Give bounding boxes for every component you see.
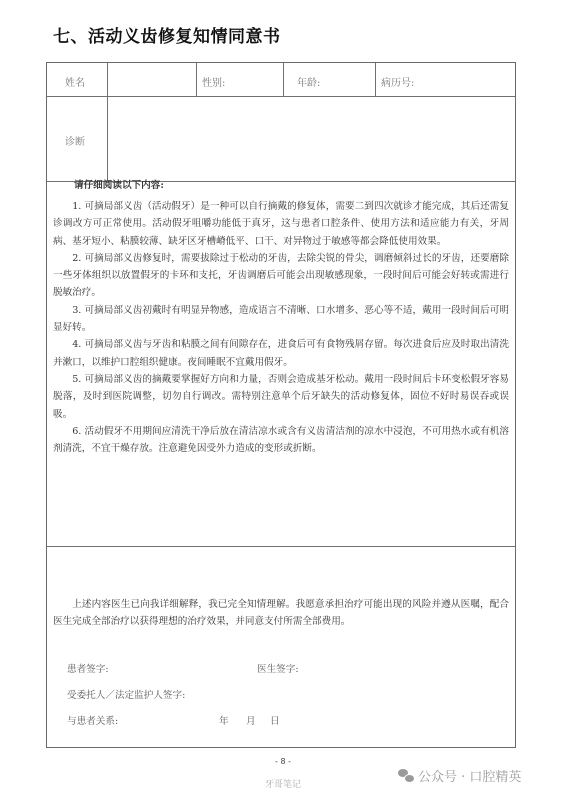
watermark-right-text: 公众号 · 口腔精英 [418, 766, 521, 785]
col-divider [283, 63, 284, 96]
date-day-label: 日 [270, 713, 280, 727]
col-divider [196, 63, 197, 96]
page-number: - 8 - [0, 757, 566, 766]
proxy-signature-label: 受委托人／法定监护人签字: [67, 687, 185, 701]
consent-statement-block: 上述内容医生已向我详细解释，我已完全知情理解。我愿意承担治疗可能出现的风险并遵从… [53, 596, 509, 631]
age-label: 年龄: [297, 74, 320, 89]
notice-item: 1. 可摘局部义齿（活动假牙）是一种可以自行摘戴的修复体，需要二到四次就诊才能完… [53, 198, 509, 250]
row-divider [47, 96, 515, 97]
notice-heading: 请仔细阅读以下内容: [74, 177, 164, 191]
record-no-label: 病历号: [381, 74, 414, 89]
relationship-label: 与患者关系: [67, 713, 118, 727]
notice-item: 3. 可摘局部义齿初戴时有明显异物感，造成语言不清晰、口水增多、恶心等不适，戴用… [53, 302, 509, 337]
gender-label: 性别: [202, 74, 225, 89]
notice-item: 5. 可摘局部义齿的摘戴要掌握好方向和力量，否则会造成基牙松动。戴用一段时间后卡… [53, 371, 509, 423]
patient-signature-field[interactable] [117, 657, 237, 673]
notice-item: 2. 可摘局部义齿修复时，需要拔除过于松动的牙齿，去除尖锐的骨尖，调磨倾斜过长的… [53, 250, 509, 302]
record-no-field[interactable] [417, 65, 512, 94]
doctor-signature-field[interactable] [307, 657, 427, 673]
col-divider [375, 63, 376, 96]
notice-item: 4. 可摘局部义齿与牙齿和粘膜之间有间隙存在，进食后可有食物残屑存留。每次进食后… [53, 336, 509, 371]
relationship-field[interactable] [127, 709, 217, 725]
consent-statement: 上述内容医生已向我详细解释，我已完全知情理解。我愿意承担治疗可能出现的风险并遵从… [53, 596, 509, 631]
diagnosis-field[interactable] [109, 98, 513, 179]
row-divider [47, 546, 515, 547]
diagnosis-label: 诊断 [65, 133, 85, 148]
col-divider [107, 63, 108, 181]
notice-item: 6. 活动假牙不用期间应清洗干净后放在清洁凉水或含有义齿清洁剂的凉水中浸泡，不可… [53, 423, 509, 458]
gender-field[interactable] [227, 65, 281, 94]
watermark-right: 公众号 · 口腔精英 [398, 766, 521, 785]
wechat-icon [398, 769, 414, 783]
consent-form: 姓名 性别: 年龄: 病历号: 诊断 请仔细阅读以下内容: 1. 可摘局部义齿（… [46, 62, 516, 748]
date-month-label: 月 [246, 713, 256, 727]
date-year-label: 年 [219, 713, 229, 727]
patient-signature-label: 患者签字: [67, 661, 109, 675]
doctor-signature-label: 医生签字: [257, 661, 299, 675]
age-field[interactable] [323, 65, 373, 94]
name-field[interactable] [109, 65, 194, 94]
name-label: 姓名 [65, 74, 85, 89]
proxy-signature-field[interactable] [192, 683, 342, 699]
page-title: 七、活动义齿修复知情同意书 [53, 22, 281, 47]
notice-list: 1. 可摘局部义齿（活动假牙）是一种可以自行摘戴的修复体，需要二到四次就诊才能完… [53, 198, 509, 457]
